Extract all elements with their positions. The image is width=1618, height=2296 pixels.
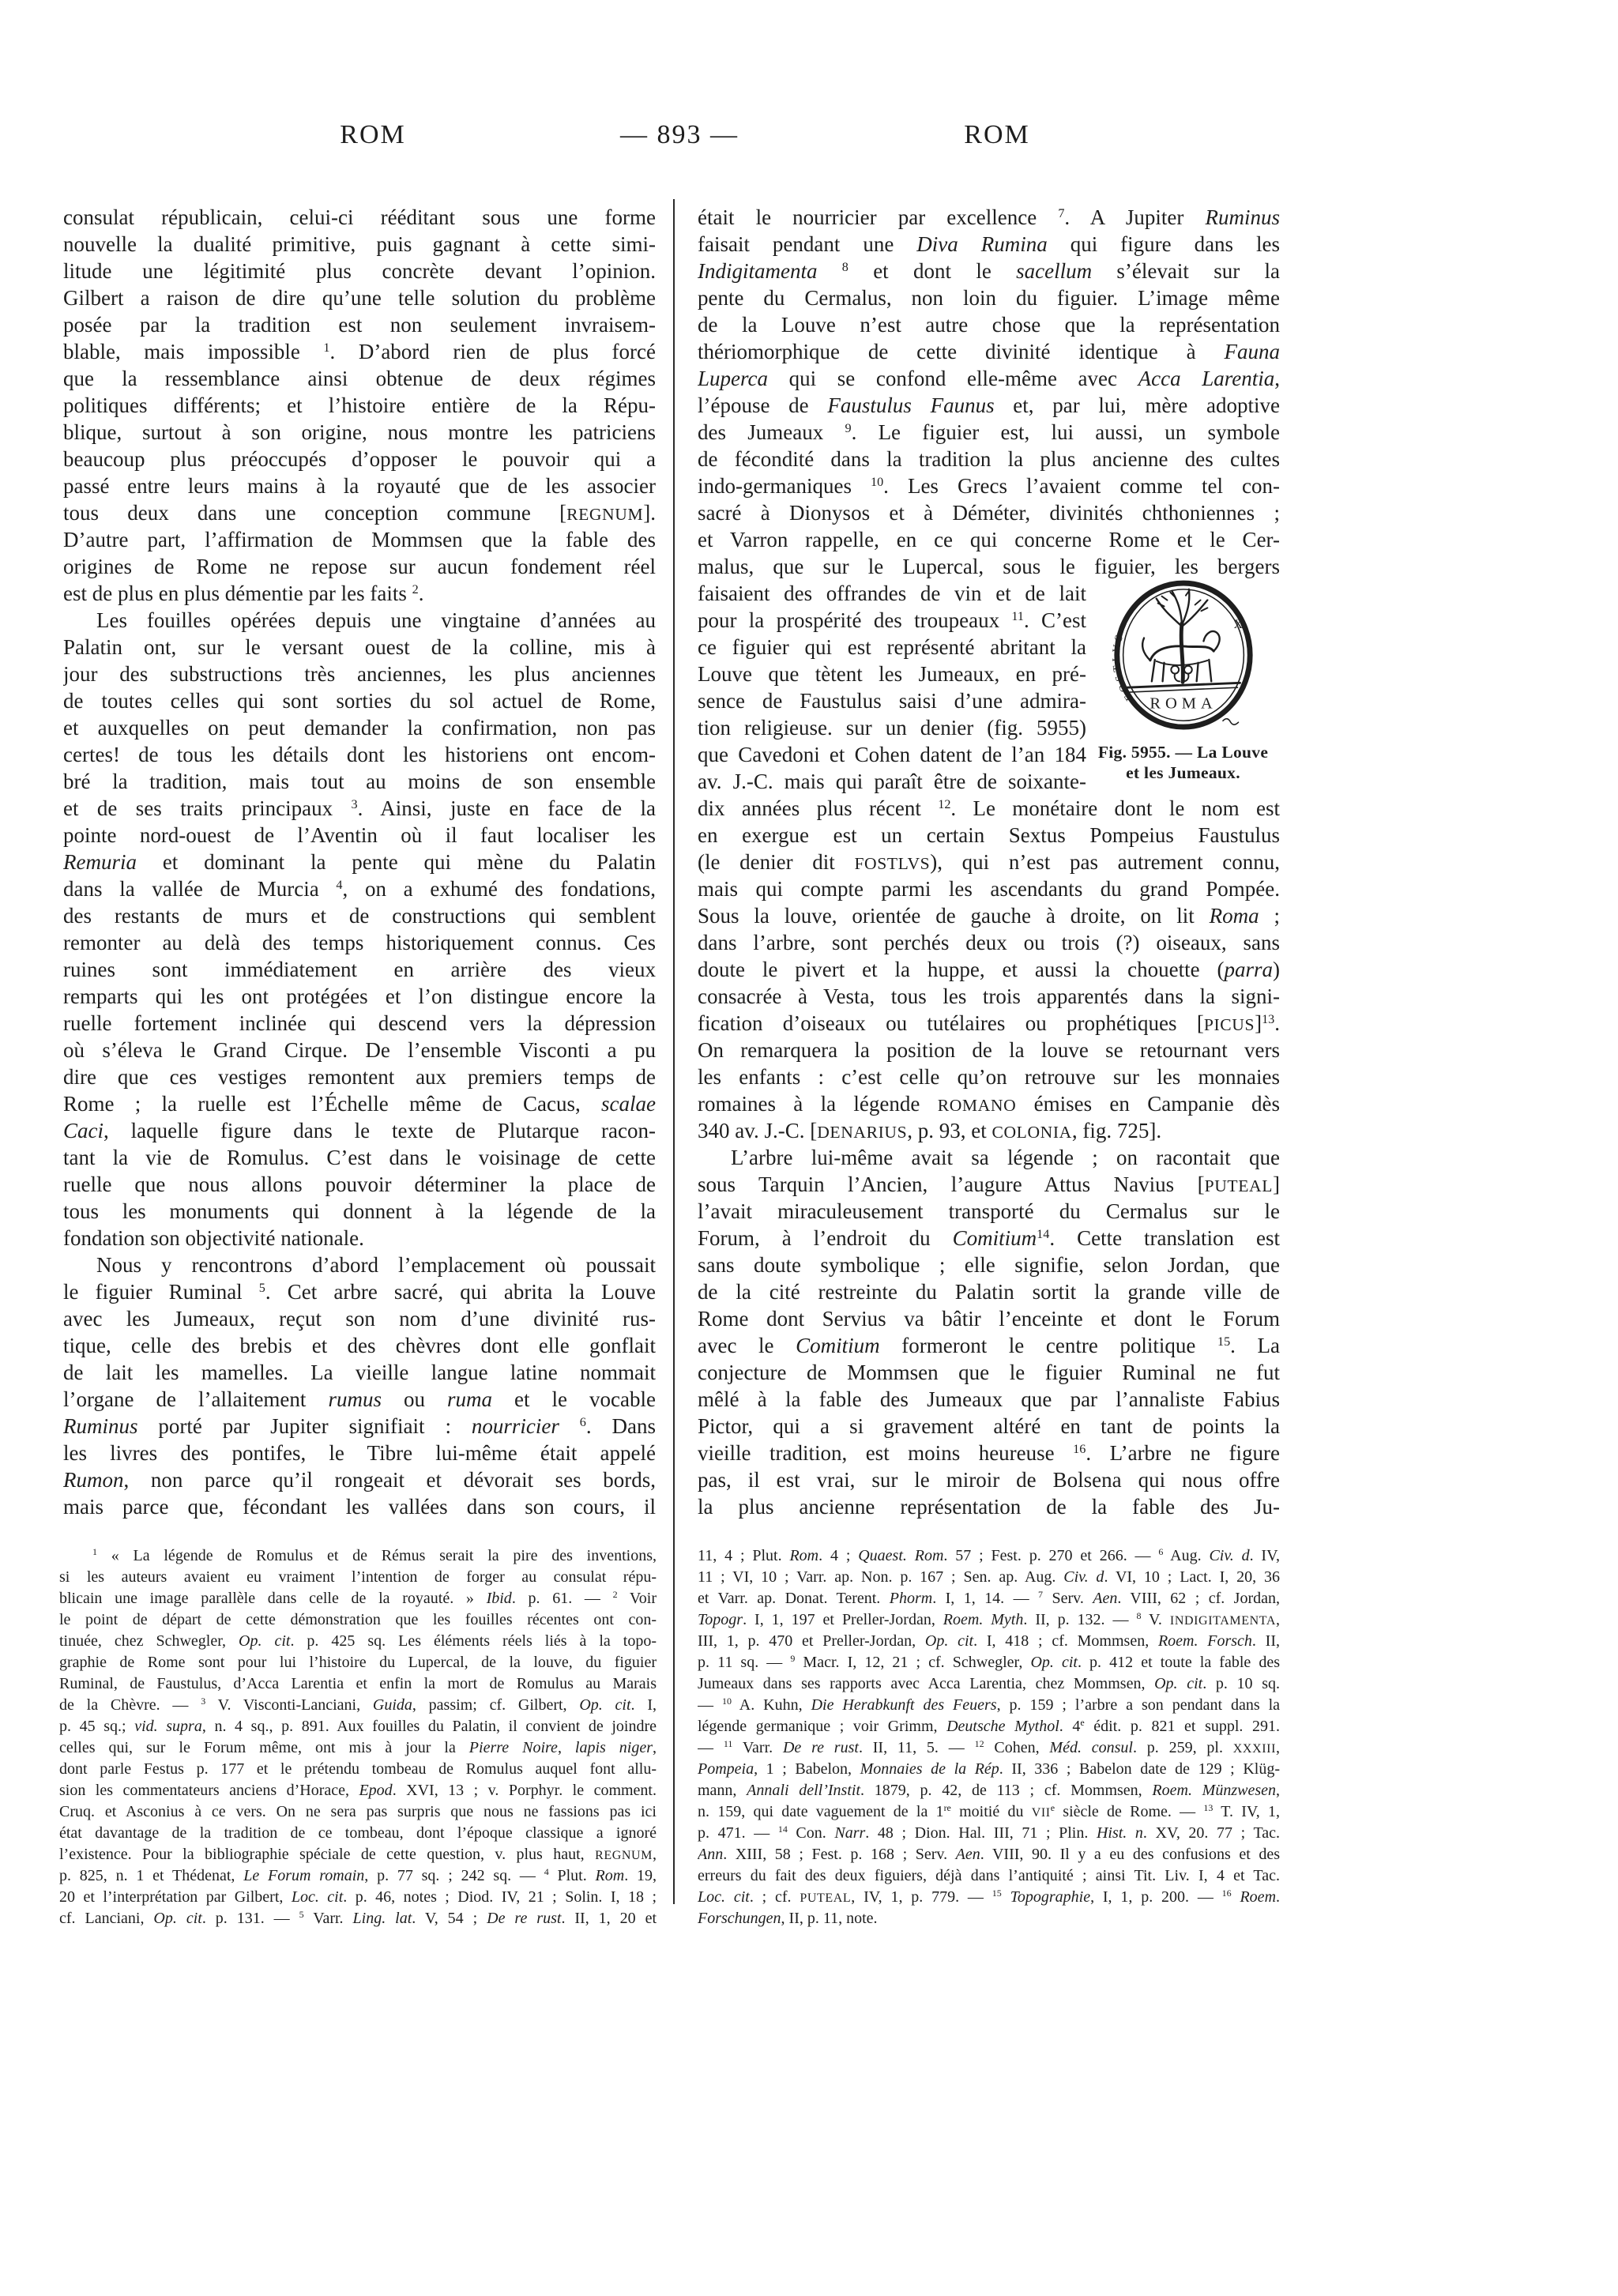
figure-caption-line1: Fig. 5955. — La Louve	[1086, 742, 1280, 762]
text-line: cf. Lanciani, Op. cit. p. 131. — 5 Varr.…	[59, 1908, 657, 1929]
text-line: vieille tradition, est moins heureuse 16…	[698, 1440, 1280, 1466]
text-line: où s’éleva le Grand Cirque. De l’ensembl…	[63, 1037, 656, 1063]
text-line: l’existence. Pour la bibliographie spéci…	[59, 1844, 657, 1865]
text-line: blique, surtout à son origine, nous mont…	[63, 419, 656, 446]
text-line: 20 et l’interprétation par Gilbert, Loc.…	[59, 1887, 657, 1908]
text-line: l’épouse de Faustulus Faunus et, par lui…	[698, 392, 1280, 419]
text-line: 11, 4 ; Plut. Rom. 4 ; Quaest. Rom. 57 ;…	[698, 1545, 1280, 1567]
text-line: Pompeia, 1 ; Babelon, Monnaies de la Rép…	[698, 1759, 1280, 1780]
text-line: litude une légitimité plus concrète deva…	[63, 258, 656, 284]
text-line: 1 « La légende de Romulus et de Rémus se…	[59, 1545, 657, 1567]
text-line: faisaient des offrandes de vin et de lai…	[698, 580, 1086, 607]
text-line: de la Louve n’est autre chose que la rep…	[698, 311, 1280, 338]
text-line: dont parle Festus p. 177 et le prétendu …	[59, 1759, 657, 1780]
text-line: nouvelle la dualité primitive, puis gagn…	[63, 231, 656, 258]
text-line: conjecture de Mommsen que le figuier Rum…	[698, 1359, 1280, 1386]
text-line: l’avait miraculeusement transporté du Ce…	[698, 1198, 1280, 1225]
text-line: de la cité restreinte du Palatin sortit …	[698, 1278, 1280, 1305]
text-line: avec le Comitium formeront le centre pol…	[698, 1332, 1280, 1359]
text-line: était le nourricier par excellence 7. A …	[698, 204, 1280, 231]
text-line: — 10 A. Kuhn, Die Herabkunft des Feuers,…	[698, 1695, 1280, 1716]
text-line: bré la tradition, mais tout au moins de …	[63, 768, 656, 795]
text-line: indo-germaniques 10. Les Grecs l’avaient…	[698, 472, 1280, 499]
text-line: et de ses traits principaux 3. Ainsi, ju…	[63, 795, 656, 822]
coin-legend-left: FOSTLVS	[1110, 630, 1135, 703]
text-line: (le denier dit FOSTLVS), qui n’est pas a…	[698, 849, 1280, 875]
text-line: p. 11 sq. — 9 Macr. I, 12, 21 ; cf. Schw…	[698, 1652, 1280, 1673]
text-line: sence de Faustulus saisi d’une admira-	[698, 687, 1086, 714]
text-line: Loc. cit. ; cf. PUTEAL, IV, 1, p. 779. —…	[698, 1887, 1280, 1908]
text-line: légende germanique ; voir Grimm, Deutsch…	[698, 1716, 1280, 1737]
text-line: malus, que sur le Lupercal, sous le figu…	[698, 553, 1280, 580]
text-line: tous deux dans une conception commune [R…	[63, 499, 656, 526]
text-line: état davantage de la tradition de ce tom…	[59, 1823, 657, 1844]
figure-caption-line2: et les Jumeaux.	[1086, 762, 1280, 783]
text-line: certes! de tous les détails dont les his…	[63, 741, 656, 768]
text-line: tant la vie de Romulus. C’est dans le vo…	[63, 1144, 656, 1171]
text-line: l’organe de l’allaitement rumus ou ruma …	[63, 1386, 656, 1413]
text-line: ruelle fortement inclinée qui descend ve…	[63, 1010, 656, 1037]
text-line: que Cavedoni et Cohen datent de l’an 184	[698, 741, 1086, 768]
text-line: Jumeaux dans ses rapports avec Acca Lare…	[698, 1673, 1280, 1695]
text-line: Palatin ont, sur le versant ouest de la …	[63, 634, 656, 661]
text-line: est de plus en plus démentie par les fai…	[63, 580, 656, 607]
text-line: p. 45 sq.; vid. supra, n. 4 sq., p. 891.…	[59, 1716, 657, 1737]
text-line: fondation son objectivité nationale.	[63, 1225, 656, 1252]
svg-text:FOSTLVS: FOSTLVS	[1110, 630, 1135, 703]
text-line: thériomorphique de cette divinité identi…	[698, 338, 1280, 365]
text-line: consulat républicain, celui-ci rééditant…	[63, 204, 656, 231]
text-line: beaucoup plus préoccupés d’opposer le po…	[63, 446, 656, 472]
text-line: et Varr. ap. Donat. Terent. Phorm. I, 1,…	[698, 1588, 1280, 1609]
text-line: et auxquelles on peut demander la confir…	[63, 714, 656, 741]
text-line: Forschungen, II, p. 11, note.	[698, 1908, 1280, 1929]
text-line: sion les commentateurs anciens d’Horace,…	[59, 1780, 657, 1801]
text-line: mais parce que, fécondant les vallées da…	[63, 1493, 656, 1520]
text-line: 11 ; VI, 10 ; Varr. ap. Non. p. 167 ; Se…	[698, 1567, 1280, 1588]
text-line: la plus ancienne représentation de la fa…	[698, 1493, 1280, 1520]
text-line: le point de départ de cette démonstratio…	[59, 1609, 657, 1631]
text-line: av. J.-C. mais qui paraît être de soixan…	[698, 768, 1086, 795]
text-line: tinuée, chez Schwegler, Op. cit. p. 425 …	[59, 1631, 657, 1652]
text-line: que la ressemblance ainsi obtenue de deu…	[63, 365, 656, 392]
footnotes-left-column: 1 « La légende de Romulus et de Rémus se…	[59, 1545, 657, 1929]
text-line: 340 av. J.-C. [DENARIUS, p. 93, et COLON…	[698, 1117, 1280, 1144]
text-line: p. 471. — 14 Con. Narr. 48 ; Dion. Hal. …	[698, 1823, 1280, 1844]
text-line: dans la vallée de Murcia 4, on a exhumé …	[63, 875, 656, 902]
coin-legend-bottom: ROMA	[1150, 695, 1217, 713]
text-line: et Varron rappelle, en ce qui concerne R…	[698, 526, 1280, 553]
text-line: erreurs du fait des deux figuiers, déjà …	[698, 1865, 1280, 1887]
text-line: passé entre leurs mains à la royauté que…	[63, 472, 656, 499]
text-line: III, 1, p. 470 et Preller-Jordan, Op. ci…	[698, 1631, 1280, 1652]
text-line: Ann. XIII, 58 ; Fest. p. 168 ; Serv. Aen…	[698, 1844, 1280, 1865]
text-line: doute le pivert et la huppe, et aussi la…	[698, 956, 1280, 983]
text-line: Rome ; la ruelle est l’Échelle même de C…	[63, 1090, 656, 1117]
text-line: Remuria et dominant la pente qui mène du…	[63, 849, 656, 875]
text-line: tous les monuments qui donnent à la lége…	[63, 1198, 656, 1225]
text-line: D’autre part, l’affirmation de Mommsen q…	[63, 526, 656, 553]
coin-engraving: FOSTLVS X ROMA	[1110, 580, 1257, 735]
text-line: de toutes celles qui sont sorties du sol…	[63, 687, 656, 714]
text-line: sacré à Dionysos et à Déméter, divinités…	[698, 499, 1280, 526]
text-line: pointe nord-ouest de l’Aventin où il fau…	[63, 822, 656, 849]
text-line: consacrée à Vesta, tous les trois appare…	[698, 983, 1280, 1010]
footnotes-right-column: 11, 4 ; Plut. Rom. 4 ; Quaest. Rom. 57 ;…	[698, 1545, 1280, 1929]
text-line: de fécondité dans la tradition la plus a…	[698, 446, 1280, 472]
text-line: le figuier Ruminal 5. Cet arbre sacré, q…	[63, 1278, 656, 1305]
text-line: Gilbert a raison de dire qu’une telle so…	[63, 284, 656, 311]
text-line: sans doute symbolique ; elle signifie, s…	[698, 1252, 1280, 1278]
column-divider	[673, 199, 675, 1904]
text-line: Pictor, qui a si gravement altéré en tan…	[698, 1413, 1280, 1440]
text-line: L’arbre lui-même avait sa légende ; on r…	[698, 1144, 1280, 1171]
text-line: Louve que tètent les Jumeaux, en pré-	[698, 661, 1086, 687]
text-line: Rumon, non parce qu’il rongeait et dévor…	[63, 1466, 656, 1493]
text-line: Rome dont Servius va bâtir l’enceinte et…	[698, 1305, 1280, 1332]
text-line: blicain une image parallèle dans celle d…	[59, 1588, 657, 1609]
running-title-right: ROM	[964, 120, 1029, 150]
text-line: tique, celle des brebis et des chèvres d…	[63, 1332, 656, 1359]
text-line: de lait les mamelles. La vieille langue …	[63, 1359, 656, 1386]
text-line: les enfants : c’est celle qu’on retrouve…	[698, 1063, 1280, 1090]
running-title-left: ROM	[340, 120, 405, 150]
text-line: remonter au delà des temps historiquemen…	[63, 929, 656, 956]
text-line: mêlé à la fable des Jumeaux que par l’an…	[698, 1386, 1280, 1413]
text-line: mais qui compte parmi les ascendants du …	[698, 875, 1280, 902]
right-column-bottom: dix années plus récent 12. Le monétaire …	[698, 795, 1280, 1520]
text-line: posée par la tradition est non seulement…	[63, 311, 656, 338]
text-line: pour la prospérité des troupeaux 11. C’e…	[698, 607, 1086, 634]
text-line: Caci, laquelle figure dans le texte de P…	[63, 1117, 656, 1144]
text-line: Ruminal, de Faustulus, d’Acca Larentia e…	[59, 1673, 657, 1695]
text-line: politiques différents; et l’histoire ent…	[63, 392, 656, 419]
text-line: Luperca qui se confond elle-même avec Ac…	[698, 365, 1280, 392]
right-column-top: était le nourricier par excellence 7. A …	[698, 204, 1280, 580]
text-line: en exergue est un certain Sextus Pompeiu…	[698, 822, 1280, 849]
text-line: Les fouilles opérées depuis une vingtain…	[63, 607, 656, 634]
figure-caption: Fig. 5955. — La Louve et les Jumeaux.	[1086, 742, 1280, 783]
text-line: mann, Annali dell’Instit. 1879, p. 42, d…	[698, 1780, 1280, 1801]
text-line: ruines sont immédiatement en arrière des…	[63, 956, 656, 983]
text-line: ce figuier qui est représenté abritant l…	[698, 634, 1086, 661]
text-line: Ruminus porté par Jupiter signifiait : n…	[63, 1413, 656, 1440]
text-line: origines de Rome ne repose sur aucun fon…	[63, 553, 656, 580]
text-line: avec les Jumeaux, reçut son nom d’une di…	[63, 1305, 656, 1332]
text-line: On remarquera la position de la louve se…	[698, 1037, 1280, 1063]
text-line: Nous y rencontrons d’abord l’emplacement…	[63, 1252, 656, 1278]
text-line: des restants de murs et de constructions…	[63, 902, 656, 929]
right-column-wrap-text: faisaient des offrandes de vin et de lai…	[698, 580, 1086, 795]
page-number: — 893 —	[620, 120, 739, 150]
text-line: blable, mais impossible 1. D’abord rien …	[63, 338, 656, 365]
text-line: Indigitamenta 8 et dont le sacellum s’él…	[698, 258, 1280, 284]
text-line: celles qui, sur le Forum même, ont mis à…	[59, 1737, 657, 1759]
text-line: tion religieuse. sur un denier (fig. 595…	[698, 714, 1086, 741]
text-line: Sous la louve, orientée de gauche à droi…	[698, 902, 1280, 929]
text-line: jour des substructions très anciennes, l…	[63, 661, 656, 687]
coin-value-mark: X	[1233, 618, 1243, 631]
text-line: les livres des pontifes, le Tibre lui-mê…	[63, 1440, 656, 1466]
figure: FOSTLVS X ROMA Fig. 5955. — La Louve et …	[1086, 580, 1280, 795]
text-line: fication d’oiseaux ou tutélaires ou prop…	[698, 1010, 1280, 1037]
text-line: remparts qui les ont protégées et l’on d…	[63, 983, 656, 1010]
right-column: était le nourricier par excellence 7. A …	[698, 204, 1280, 1520]
text-line: p. 825, n. 1 et Thédenat, Le Forum romai…	[59, 1865, 657, 1887]
engraver-mark	[1222, 719, 1238, 725]
text-line: pente du Cermalus, non loin du figuier. …	[698, 284, 1280, 311]
text-line: Topogr. I, 1, 197 et Preller-Jordan, Roe…	[698, 1609, 1280, 1631]
text-line: — 11 Varr. De re rust. II, 11, 5. — 12 C…	[698, 1737, 1280, 1759]
text-line: ruelle que nous allons pouvoir détermine…	[63, 1171, 656, 1198]
text-line: si les auteurs avaient eu vraiment l’int…	[59, 1567, 657, 1588]
text-line: dix années plus récent 12. Le monétaire …	[698, 795, 1280, 822]
figure-wrap-row: faisaient des offrandes de vin et de lai…	[698, 580, 1280, 795]
text-line: dire que ces vestiges remontent aux prem…	[63, 1063, 656, 1090]
text-line: de la Chèvre. — 3 V. Visconti-Lanciani, …	[59, 1695, 657, 1716]
text-line: romaines à la légende ROMANO émises en C…	[698, 1090, 1280, 1117]
left-column: consulat républicain, celui-ci rééditant…	[63, 204, 656, 1520]
text-line: Cruq. et Asconius à ce vers. On ne sera …	[59, 1801, 657, 1823]
text-line: pas, il est vrai, sur le miroir de Bolse…	[698, 1466, 1280, 1493]
text-line: graphie de Rome sont pour lui l’histoire…	[59, 1652, 657, 1673]
text-line: dans l’arbre, sont perchés deux ou trois…	[698, 929, 1280, 956]
text-line: des Jumeaux 9. Le figuier est, lui aussi…	[698, 419, 1280, 446]
text-line: Forum, à l’endroit du Comitium14. Cette …	[698, 1225, 1280, 1252]
text-line: n. 159, qui date vaguement de la 1re moi…	[698, 1801, 1280, 1823]
text-line: sous Tarquin l’Ancien, l’augure Attus Na…	[698, 1171, 1280, 1198]
text-line: faisait pendant une Diva Rumina qui figu…	[698, 231, 1280, 258]
